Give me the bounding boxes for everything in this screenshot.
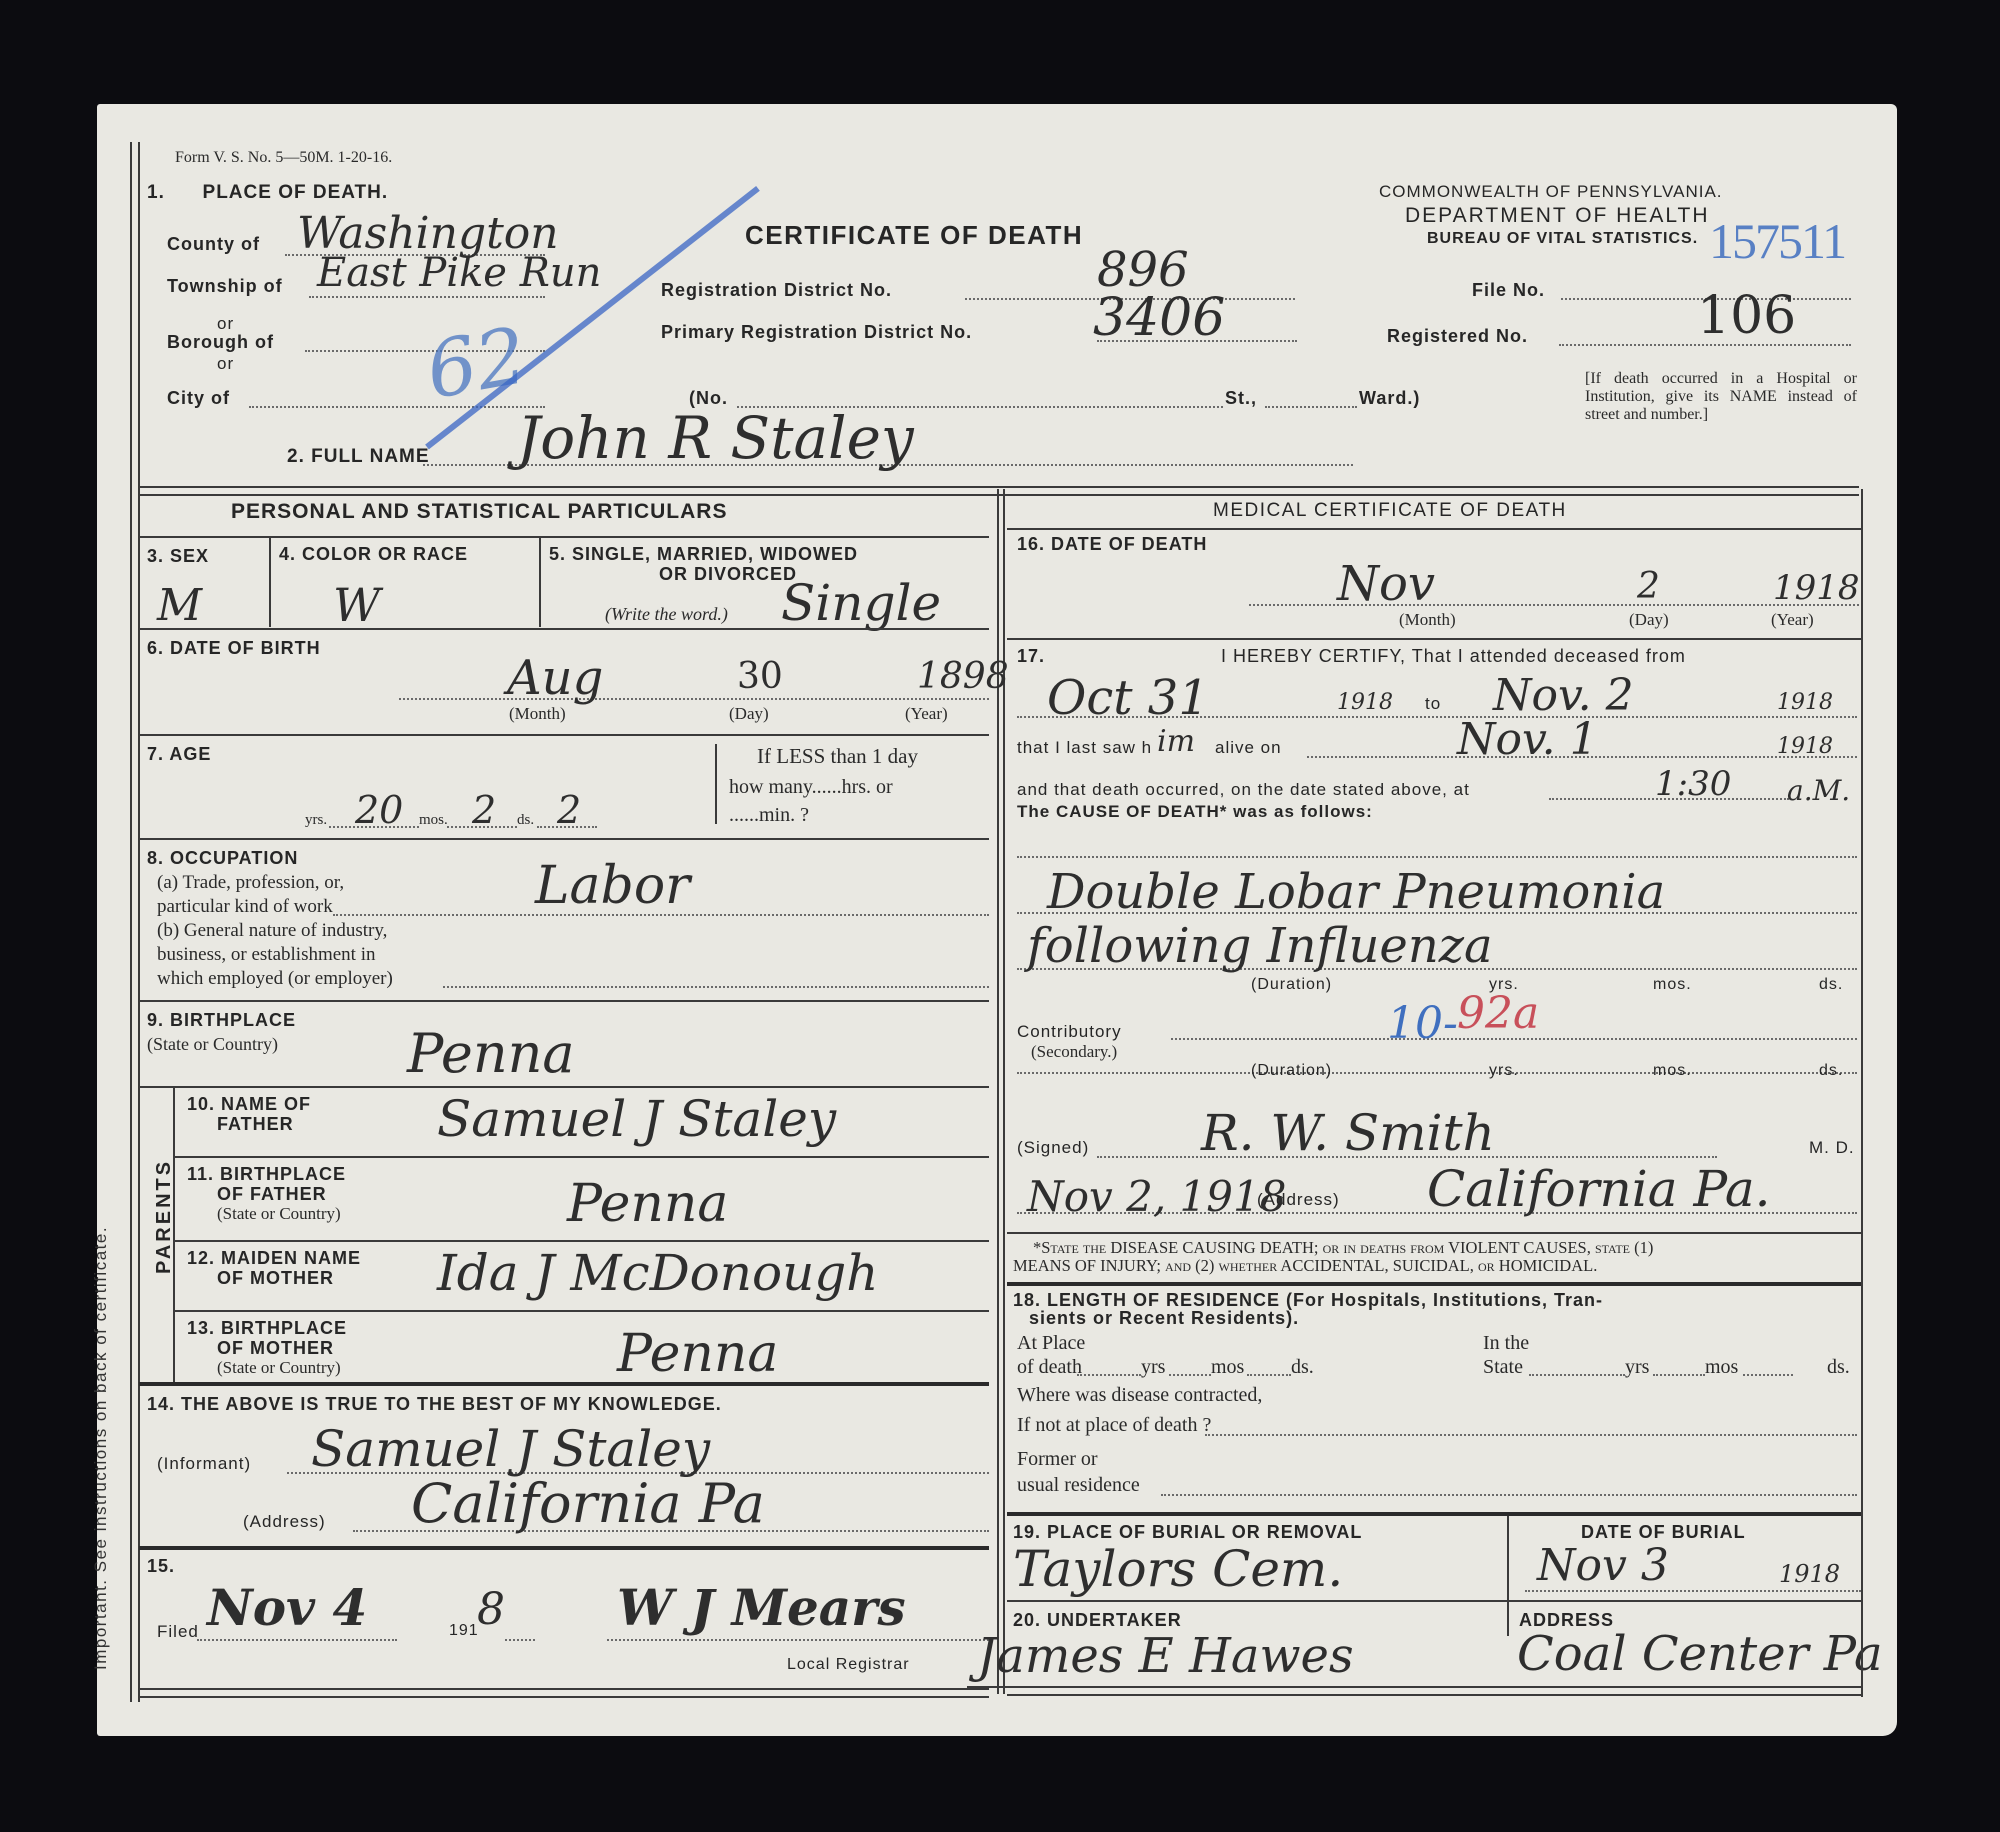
margin-note: Important. See instructions on back of c… xyxy=(91,1226,111,1670)
undertaker-value: James E Hawes xyxy=(977,1628,1354,1684)
contracted-label-2: If not at place of death ? xyxy=(1017,1414,1211,1437)
informant-value: Samuel J Staley xyxy=(311,1420,710,1478)
duration-mos-label-2: mos. xyxy=(1653,1062,1692,1080)
father-birthplace-label-2: OF FATHER xyxy=(217,1184,327,1205)
less-than-day-line1: If LESS than 1 day xyxy=(757,744,918,769)
or-label: or xyxy=(217,354,234,374)
undertaker-address-value: Coal Center Pa xyxy=(1517,1626,1883,1682)
of-death-label: of death xyxy=(1017,1356,1082,1379)
age-months-value: 2 xyxy=(472,788,496,832)
filed-number: 15. xyxy=(147,1556,175,1577)
margin-rule xyxy=(130,142,132,1702)
burial-place-value: Taylors Cem. xyxy=(1013,1540,1343,1598)
dob-month-caption: (Month) xyxy=(509,704,566,724)
signed-label: (Signed) xyxy=(1017,1138,1089,1158)
to-label: to xyxy=(1425,694,1441,714)
birthplace-hint: (State or Country) xyxy=(147,1034,278,1055)
marital-label-2: OR DIVORCED xyxy=(659,564,797,585)
or-label: or xyxy=(217,314,234,334)
md-label: M. D. xyxy=(1809,1138,1855,1158)
date-of-death-month: Nov xyxy=(1337,556,1435,612)
duration-mos-label: mos. xyxy=(1653,976,1692,994)
at-place-label: At Place xyxy=(1017,1332,1085,1355)
personal-heading: PERSONAL AND STATISTICAL PARTICULARS xyxy=(231,500,727,524)
registration-district-label: Registration District No. xyxy=(661,280,892,301)
occupation-value: Labor xyxy=(535,856,690,916)
residence-mos-label: mos xyxy=(1211,1356,1244,1379)
dob-label: 6. DATE OF BIRTH xyxy=(147,638,321,659)
age-mos-caption: mos. xyxy=(419,812,448,829)
father-name-label: 10. NAME OF xyxy=(187,1094,311,1115)
father-name-label-2: FATHER xyxy=(217,1114,294,1135)
dob-month: Aug xyxy=(507,650,603,706)
age-years-value: 20 xyxy=(355,788,403,832)
dob-day: 30 xyxy=(737,656,783,697)
filed-year-suffix: 8 xyxy=(477,1584,505,1635)
residence-label-2: sients or Recent Residents). xyxy=(1029,1308,1299,1329)
death-time-label: and that death occurred, on the date sta… xyxy=(1017,780,1470,800)
informant-address-value: California Pa xyxy=(411,1472,765,1535)
alive-on-label: alive on xyxy=(1215,738,1282,758)
race-value: W xyxy=(333,578,380,632)
mother-name-value: Ida J McDonough xyxy=(437,1244,879,1302)
occupation-b-line1: (b) General nature of industry, xyxy=(157,920,387,942)
burial-date-value: Nov 3 xyxy=(1537,1540,1669,1591)
mother-birthplace-value: Penna xyxy=(617,1324,778,1384)
city-label: City of xyxy=(167,388,230,409)
marital-label: 5. SINGLE, MARRIED, WIDOWED xyxy=(549,544,858,565)
primary-registration-value: 3406 xyxy=(1093,288,1225,348)
duration-ds-label: ds. xyxy=(1819,976,1843,994)
last-saw-date: Nov. 1 xyxy=(1457,714,1598,765)
mother-birthplace-label-2: OF MOTHER xyxy=(217,1338,334,1359)
state-mos-label: mos xyxy=(1705,1356,1738,1379)
agency-line1: COMMONWEALTH OF PENNSYLVANIA. xyxy=(1379,182,1723,202)
age-yrs-caption: yrs. xyxy=(305,812,327,829)
attended-from: Oct 31 xyxy=(1047,670,1209,726)
birthplace-label: 9. BIRTHPLACE xyxy=(147,1010,296,1031)
street-label: St., xyxy=(1225,388,1257,409)
contributory-code-blue: 10- xyxy=(1387,998,1458,1049)
cause-line2: following Influenza xyxy=(1027,918,1493,974)
cause-label: The CAUSE OF DEATH* was as follows: xyxy=(1017,802,1373,822)
borough-label: Borough of xyxy=(167,332,274,353)
residence-ds-label: ds. xyxy=(1291,1356,1314,1379)
mother-birthplace-hint: (State or Country) xyxy=(217,1358,341,1378)
duration-ds-label-2: ds. xyxy=(1819,1062,1843,1080)
blue-annotation: 62 xyxy=(420,311,533,417)
age-days-value: 2 xyxy=(557,788,581,832)
date-of-death-year: 1918 xyxy=(1773,568,1860,608)
occupation-b-line2: business, or establishment in xyxy=(157,944,375,966)
dob-year-caption: (Year) xyxy=(905,704,948,724)
burial-year: 1918 xyxy=(1779,1560,1840,1588)
signed-date: Nov 2, 1918 xyxy=(1027,1172,1286,1221)
former-residence-label-2: usual residence xyxy=(1017,1474,1140,1497)
township-value: East Pike Run xyxy=(317,250,601,296)
dob-day-caption: (Day) xyxy=(729,704,769,724)
less-than-day-line3: ......min. ? xyxy=(729,804,809,827)
residence-yrs-label: yrs xyxy=(1141,1356,1165,1379)
mother-name-label: 12. MAIDEN NAME xyxy=(187,1248,361,1269)
contracted-label: Where was disease contracted, xyxy=(1017,1384,1262,1407)
registered-no-value: 106 xyxy=(1697,286,1796,346)
primary-registration-label: Primary Registration District No. xyxy=(661,322,972,343)
last-saw-label: that I last saw h xyxy=(1017,738,1152,758)
state-label: State xyxy=(1483,1356,1523,1379)
contributory-code-red: 92a xyxy=(1457,988,1539,1039)
knowledge-statement: 14. THE ABOVE IS TRUE TO THE BEST OF MY … xyxy=(147,1394,722,1415)
occupation-a-line1: (a) Trade, profession, or, xyxy=(157,872,344,894)
dob-year: 1898 xyxy=(917,656,1009,697)
filed-year-prefix: 191 xyxy=(449,1622,479,1640)
father-birthplace-hint: (State or Country) xyxy=(217,1204,341,1224)
last-saw-pronoun: im xyxy=(1157,724,1195,759)
sex-value: M xyxy=(157,580,202,631)
attended-to-year: 1918 xyxy=(1777,690,1833,715)
registration-stamp: 157511 xyxy=(1709,212,1845,270)
age-label: 7. AGE xyxy=(147,744,211,765)
county-label: County of xyxy=(167,234,260,255)
parents-label: PARENTS xyxy=(153,1159,176,1274)
registered-no-label: Registered No. xyxy=(1387,326,1528,347)
race-label: 4. COLOR OR RACE xyxy=(279,544,468,565)
birthplace-value: Penna xyxy=(407,1022,575,1085)
marital-value: Single xyxy=(781,574,941,632)
former-residence-label: Former or xyxy=(1017,1448,1098,1471)
form-number: Form V. S. No. 5—50M. 1-20-16. xyxy=(175,149,392,167)
mother-name-label-2: OF MOTHER xyxy=(217,1268,334,1289)
physician-signature: R. W. Smith xyxy=(1201,1104,1495,1162)
father-name-value: Samuel J Staley xyxy=(437,1090,836,1148)
dod-day-caption: (Day) xyxy=(1629,610,1669,630)
margin-rule xyxy=(138,142,140,1702)
secondary-label: (Secondary.) xyxy=(1031,1042,1117,1062)
date-of-death-day: 2 xyxy=(1637,566,1660,607)
ward-label: Ward.) xyxy=(1359,388,1420,409)
file-no-label: File No. xyxy=(1472,280,1545,301)
attended-from-year: 1918 xyxy=(1337,690,1393,715)
date-of-death-label: 16. DATE OF DEATH xyxy=(1017,534,1207,555)
certify-text: I HEREBY CERTIFY, That I attended deceas… xyxy=(1221,646,1686,667)
contributory-label: Contributory xyxy=(1017,1022,1122,1042)
filed-date: Nov 4 xyxy=(207,1578,367,1637)
certify-number: 17. xyxy=(1017,646,1045,667)
father-birthplace-label: 11. BIRTHPLACE xyxy=(187,1164,346,1185)
agency-line2: DEPARTMENT OF HEALTH xyxy=(1405,204,1709,228)
less-than-day-line2: how many......hrs. or xyxy=(729,776,893,799)
informant-label: (Informant) xyxy=(157,1454,251,1474)
age-ds-caption: ds. xyxy=(517,812,534,829)
mother-birthplace-label: 13. BIRTHPLACE xyxy=(187,1318,347,1339)
registrar-label: Local Registrar xyxy=(787,1656,910,1674)
state-yrs-label: yrs xyxy=(1625,1356,1649,1379)
registrar-signature: W J Mears xyxy=(617,1578,906,1637)
township-label: Township of xyxy=(167,276,283,297)
full-name-label: 2. FULL NAME xyxy=(287,446,430,468)
last-saw-year: 1918 xyxy=(1777,734,1833,759)
agency-line3: BUREAU OF VITAL STATISTICS. xyxy=(1427,230,1698,248)
in-the-label: In the xyxy=(1483,1332,1529,1355)
death-certificate: Important. See instructions on back of c… xyxy=(97,104,1897,1736)
dod-month-caption: (Month) xyxy=(1399,610,1456,630)
physician-address-value: California Pa. xyxy=(1427,1160,1771,1218)
occupation-label: 8. OCCUPATION xyxy=(147,848,298,869)
marital-hint: (Write the word.) xyxy=(605,604,728,625)
father-birthplace-value: Penna xyxy=(567,1174,728,1234)
footnote-line1: *State the DISEASE CAUSING DEATH; or in … xyxy=(1033,1238,1653,1258)
medical-heading: MEDICAL CERTIFICATE OF DEATH xyxy=(1213,500,1567,522)
duration-label: (Duration) xyxy=(1251,976,1332,994)
occupation-b-line3: which employed (or employer) xyxy=(157,968,393,990)
physician-address-label: (Address) xyxy=(1257,1190,1340,1210)
full-name-value: John R Staley xyxy=(517,404,914,472)
place-of-death-heading: 1. PLACE OF DEATH. xyxy=(147,182,388,204)
state-ds-label: ds. xyxy=(1827,1356,1850,1379)
certificate-title: CERTIFICATE OF DEATH xyxy=(745,220,1083,251)
footnote-line2: MEANS OF INJURY; and (2) whether ACCIDEN… xyxy=(1013,1256,1597,1276)
duration-label-2: (Duration) xyxy=(1251,1062,1332,1080)
hospital-note: [If death occurred in a Hospital or Inst… xyxy=(1585,370,1857,424)
sex-label: 3. SEX xyxy=(147,546,209,567)
informant-address-label: (Address) xyxy=(243,1512,326,1532)
duration-yrs-label-2: yrs. xyxy=(1489,1062,1519,1080)
death-time-value: 1:30 xyxy=(1655,764,1731,804)
dod-year-caption: (Year) xyxy=(1771,610,1814,630)
occupation-a-line2: particular kind of work xyxy=(157,896,333,918)
death-time-ampm: a.M. xyxy=(1787,774,1850,807)
filed-label: Filed xyxy=(157,1622,199,1642)
